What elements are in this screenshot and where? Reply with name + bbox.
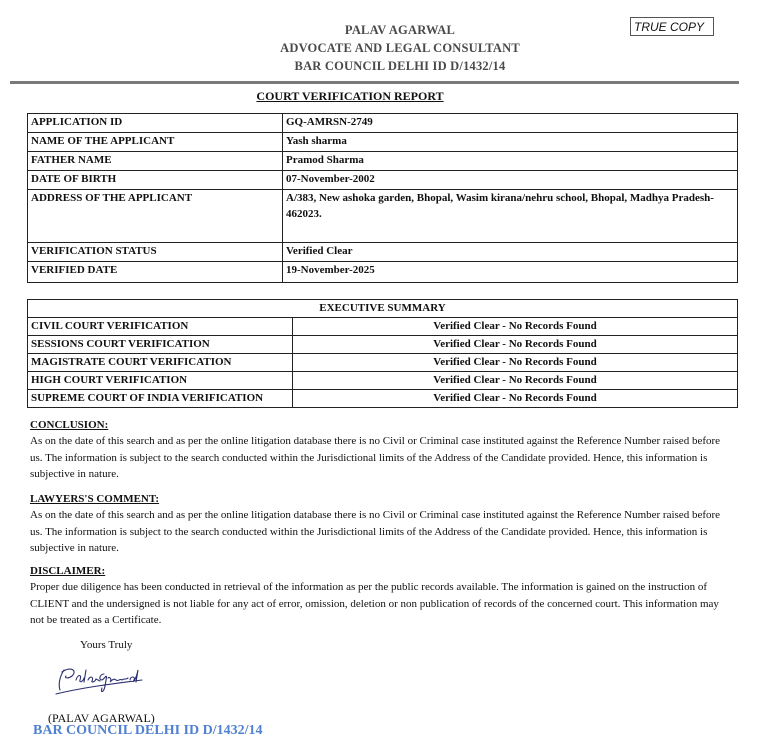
table-row: MAGISTRATE COURT VERIFICATION Verified C… — [28, 354, 738, 372]
applicant-name-value: Yash sharma — [283, 133, 738, 152]
table-row: VERIFIED DATE 19-November-2025 — [28, 262, 738, 283]
court-label: SUPREME COURT OF INDIA VERIFICATION — [28, 390, 293, 408]
table-row: ADDRESS OF THE APPLICANT A/383, New asho… — [28, 190, 738, 243]
table-row: APPLICATION ID GQ-AMRSN-2749 — [28, 114, 738, 133]
court-label: CIVIL COURT VERIFICATION — [28, 318, 293, 336]
father-name-value: Pramod Sharma — [283, 152, 738, 171]
court-result: Verified Clear - No Records Found — [293, 354, 738, 372]
court-result: Verified Clear - No Records Found — [293, 390, 738, 408]
conclusion-section: CONCLUSION: As on the date of this searc… — [30, 417, 730, 483]
table-header-row: EXECUTIVE SUMMARY — [28, 300, 738, 318]
letterhead: PALAV AGARWAL ADVOCATE AND LEGAL CONSULT… — [200, 21, 600, 75]
table-row: CIVIL COURT VERIFICATION Verified Clear … — [28, 318, 738, 336]
verified-date-value: 19-November-2025 — [283, 262, 738, 283]
table-row: SESSIONS COURT VERIFICATION Verified Cle… — [28, 336, 738, 354]
verification-status-value: Verified Clear — [283, 243, 738, 262]
table-row: NAME OF THE APPLICANT Yash sharma — [28, 133, 738, 152]
row-label: NAME OF THE APPLICANT — [28, 133, 283, 152]
report-title: COURT VERIFICATION REPORT — [0, 89, 700, 104]
true-copy-stamp: TRUE COPY — [630, 17, 714, 36]
lawyers-comment-text: As on the date of this search and as per… — [30, 507, 730, 557]
lawyers-comment-section: LAWYERS'S COMMENT: As on the date of thi… — [30, 491, 730, 557]
advocate-designation: ADVOCATE AND LEGAL CONSULTANT — [200, 39, 600, 57]
application-id-value: GQ-AMRSN-2749 — [283, 114, 738, 133]
row-label: APPLICATION ID — [28, 114, 283, 133]
court-label: SESSIONS COURT VERIFICATION — [28, 336, 293, 354]
conclusion-text: As on the date of this search and as per… — [30, 433, 730, 483]
court-result: Verified Clear - No Records Found — [293, 336, 738, 354]
address-value: A/383, New ashoka garden, Bhopal, Wasim … — [283, 190, 738, 243]
court-label: HIGH COURT VERIFICATION — [28, 372, 293, 390]
row-label: VERIFICATION STATUS — [28, 243, 283, 262]
row-label: DATE OF BIRTH — [28, 171, 283, 190]
executive-summary-heading: EXECUTIVE SUMMARY — [28, 300, 738, 318]
table-row: SUPREME COURT OF INDIA VERIFICATION Veri… — [28, 390, 738, 408]
row-label: ADDRESS OF THE APPLICANT — [28, 190, 283, 243]
disclaimer-text: Proper due diligence has been conducted … — [30, 579, 730, 629]
signatory-council-id: BAR COUNCIL DELHI ID D/1432/14 — [33, 723, 262, 739]
date-of-birth-value: 07-November-2002 — [283, 171, 738, 190]
signature-icon — [50, 660, 160, 700]
advocate-name: PALAV AGARWAL — [200, 21, 600, 39]
bar-council-id: BAR COUNCIL DELHI ID D/1432/14 — [200, 57, 600, 75]
header-divider — [10, 81, 739, 84]
executive-summary-table: EXECUTIVE SUMMARY CIVIL COURT VERIFICATI… — [27, 299, 738, 408]
court-result: Verified Clear - No Records Found — [293, 318, 738, 336]
row-label: VERIFIED DATE — [28, 262, 283, 283]
court-label: MAGISTRATE COURT VERIFICATION — [28, 354, 293, 372]
table-row: VERIFICATION STATUS Verified Clear — [28, 243, 738, 262]
table-row: DATE OF BIRTH 07-November-2002 — [28, 171, 738, 190]
disclaimer-heading: DISCLAIMER: — [30, 563, 730, 579]
table-row: FATHER NAME Pramod Sharma — [28, 152, 738, 171]
applicant-info-table: APPLICATION ID GQ-AMRSN-2749 NAME OF THE… — [27, 113, 738, 283]
disclaimer-section: DISCLAIMER: Proper due diligence has bee… — [30, 563, 730, 629]
row-label: FATHER NAME — [28, 152, 283, 171]
conclusion-heading: CONCLUSION: — [30, 417, 730, 433]
table-row: HIGH COURT VERIFICATION Verified Clear -… — [28, 372, 738, 390]
court-result: Verified Clear - No Records Found — [293, 372, 738, 390]
lawyers-comment-heading: LAWYERS'S COMMENT: — [30, 491, 730, 507]
closing-text: Yours Truly — [80, 639, 132, 651]
